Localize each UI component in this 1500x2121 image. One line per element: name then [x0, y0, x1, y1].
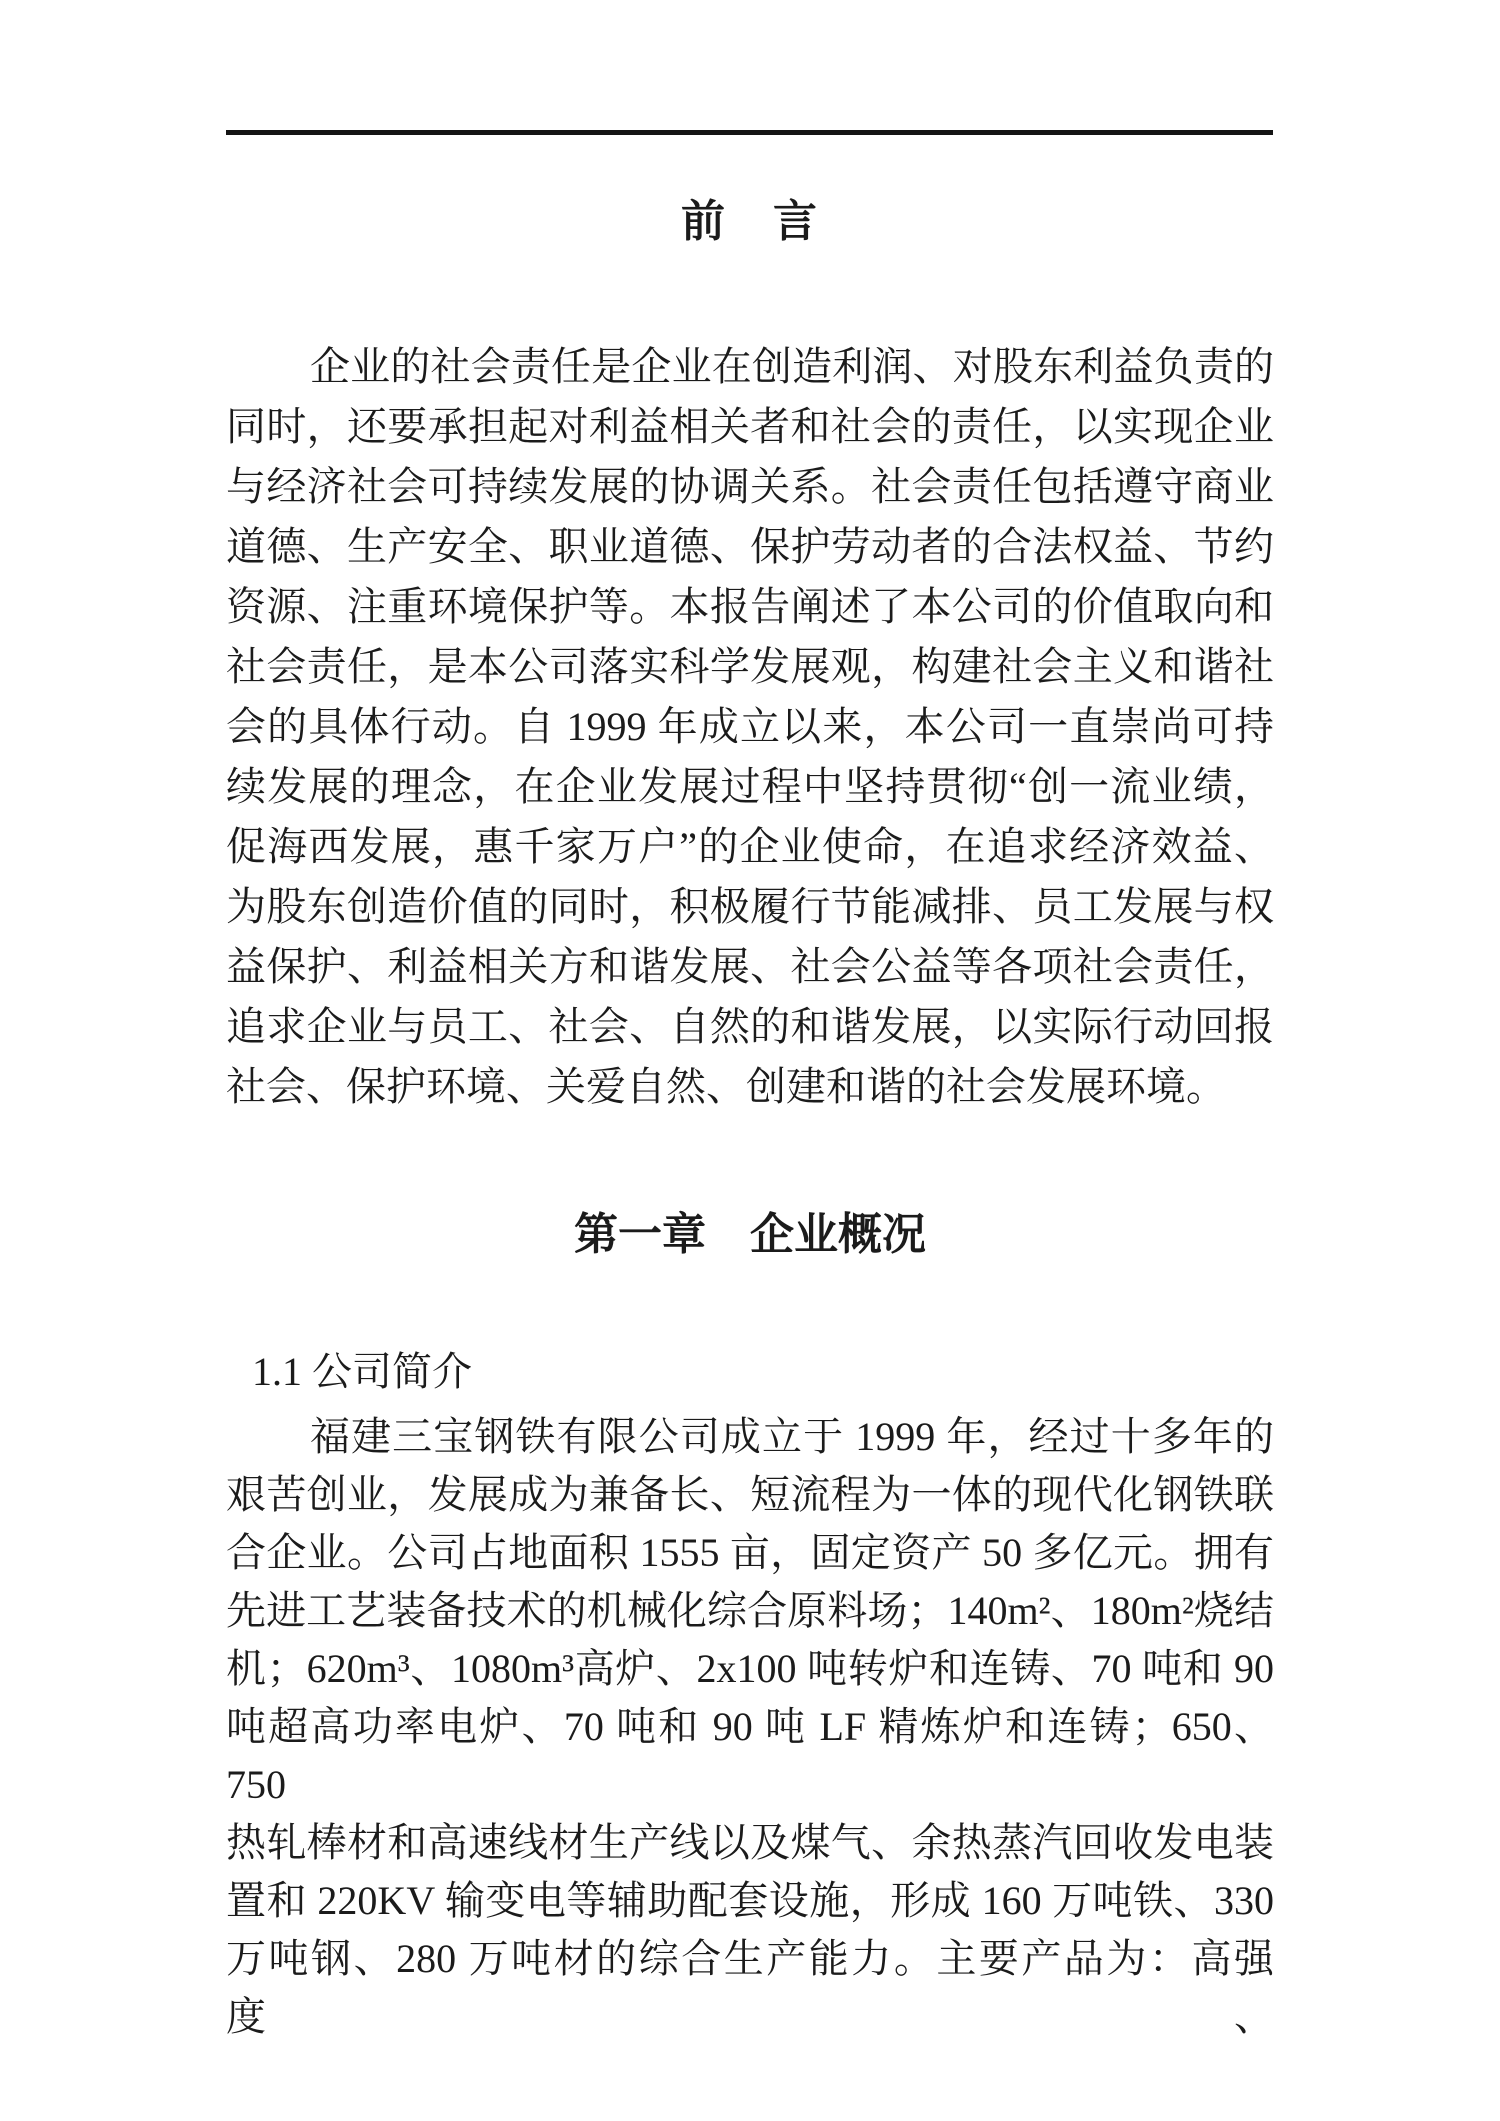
text-line: 追求企业与员工、社会、自然的和谐发展，以实际行动回报	[226, 997, 1274, 1057]
text-line: 机；620m³、1080m³高炉、2x100 吨转炉和连铸、70 吨和 90	[226, 1640, 1274, 1698]
text-line: 与经济社会可持续发展的协调关系。社会责任包括遵守商业	[226, 457, 1274, 517]
chapter-heading: 第一章 企业概况	[0, 1208, 1500, 1262]
text-line: 资源、注重环境保护等。本报告阐述了本公司的价值取向和	[226, 577, 1274, 637]
preface-title: 前 言	[0, 196, 1500, 248]
text-line: 续发展的理念，在企业发展过程中坚持贯彻“创一流业绩，	[226, 757, 1274, 817]
text-line: 同时，还要承担起对利益相关者和社会的责任，以实现企业	[226, 397, 1274, 457]
text-line: 促海西发展，惠千家万户”的企业使命，在追求经济效益、	[226, 817, 1274, 877]
text-line: 社会责任，是本公司落实科学发展观，构建社会主义和谐社	[226, 637, 1274, 697]
text-line: 吨超高功率电炉、70 吨和 90 吨 LF 精炼炉和连铸；650、750	[226, 1698, 1274, 1814]
text-line: 福建三宝钢铁有限公司成立于 1999 年，经过十多年的	[226, 1408, 1274, 1466]
text-line: 先进工艺装备技术的机械化综合原料场；140m²、180m²烧结	[226, 1582, 1274, 1640]
preface-paragraph: 企业的社会责任是企业在创造利润、对股东利益负责的 同时，还要承担起对利益相关者和…	[226, 337, 1274, 1117]
header-rule	[226, 130, 1273, 135]
text-line: 为股东创造价值的同时，积极履行节能减排、员工发展与权	[226, 877, 1274, 937]
text-line: 热轧棒材和高速线材生产线以及煤气、余热蒸汽回收发电装	[226, 1814, 1274, 1872]
text-line: 艰苦创业，发展成为兼备长、短流程为一体的现代化钢铁联	[226, 1466, 1274, 1524]
text-line: 合企业。公司占地面积 1555 亩，固定资产 50 多亿元。拥有	[226, 1524, 1274, 1582]
text-line: 万吨钢、280 万吨材的综合生产能力。主要产品为：高强度、	[226, 1930, 1274, 2046]
text-line: 道德、生产安全、职业道德、保护劳动者的合法权益、节约	[226, 517, 1274, 577]
company-intro-paragraph: 福建三宝钢铁有限公司成立于 1999 年，经过十多年的 艰苦创业，发展成为兼备长…	[226, 1408, 1274, 2046]
text-line: 置和 220KV 输变电等辅助配套设施，形成 160 万吨铁、330	[226, 1872, 1274, 1930]
text-line: 社会、保护环境、关爱自然、创建和谐的社会发展环境。	[226, 1057, 1274, 1117]
text-line: 益保护、利益相关方和谐发展、社会公益等各项社会责任，	[226, 937, 1274, 997]
text-line: 会的具体行动。自 1999 年成立以来，本公司一直崇尚可持	[226, 697, 1274, 757]
document-page: 前 言 企业的社会责任是企业在创造利润、对股东利益负责的 同时，还要承担起对利益…	[0, 0, 1500, 2121]
section-heading: 1.1 公司简介	[252, 1342, 1274, 1402]
text-line: 企业的社会责任是企业在创造利润、对股东利益负责的	[226, 337, 1274, 397]
